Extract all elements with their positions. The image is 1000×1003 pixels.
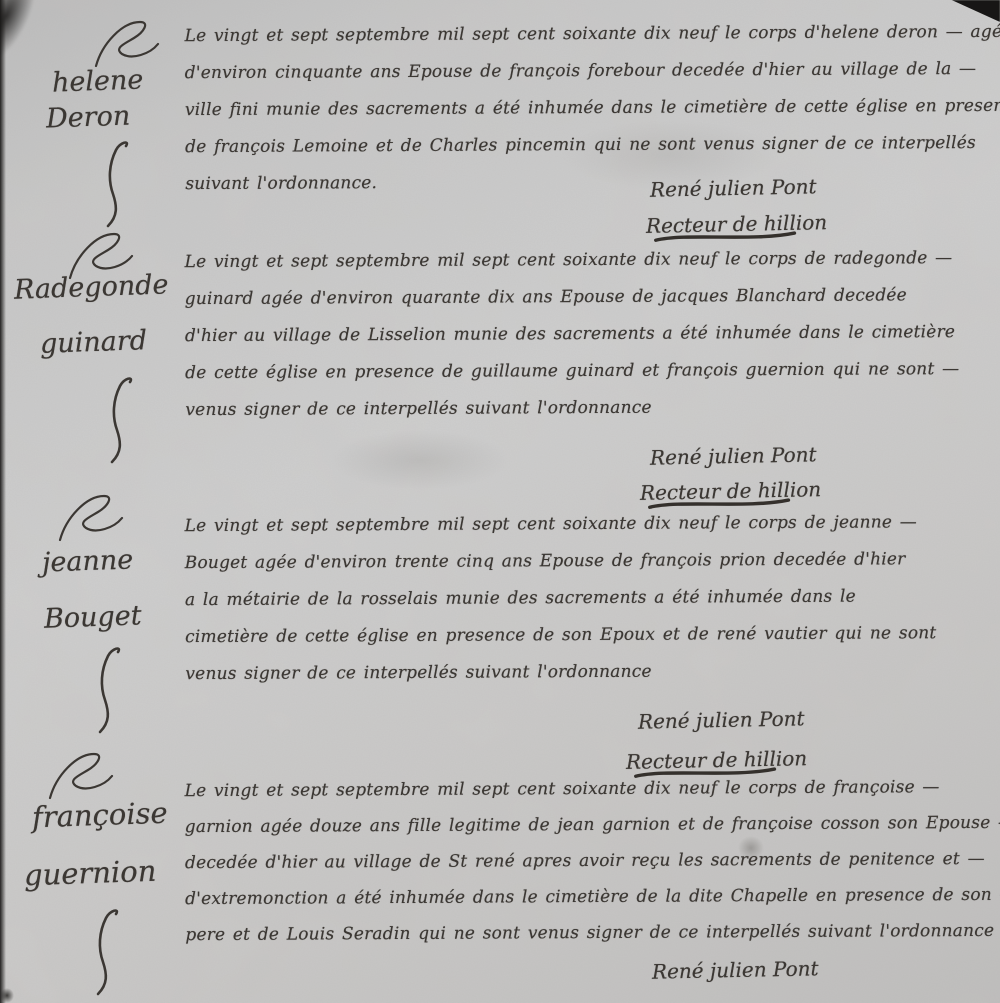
margin-name-first: helene xyxy=(51,64,143,98)
record-text: Le vingt et sept septembre mil sept cent… xyxy=(185,22,991,211)
signature-priest: René julien Pont xyxy=(650,174,817,201)
paraph-icon xyxy=(96,140,136,230)
text-line: d'extremonction a été inhumée dans le ci… xyxy=(185,885,990,925)
text-line: Le vingt et sept septembre mil sept cent… xyxy=(185,777,990,817)
margin-name-first: françoise xyxy=(31,796,168,835)
text-line: garnion agée douze ans fille legitime de… xyxy=(185,813,990,853)
binding-edge xyxy=(0,0,6,1003)
text-line: cimetière de cette église en presence de… xyxy=(185,623,990,664)
paraph-icon xyxy=(86,908,126,998)
signature-underline-icon xyxy=(652,229,798,244)
corner-shadow-bottom-left xyxy=(0,988,14,1003)
record-text: Le vingt et sept septembre mil sept cent… xyxy=(185,777,991,961)
corner-shadow-top-left xyxy=(0,0,48,71)
signature-title: Recteur de hillion xyxy=(646,210,828,238)
margin-name-last: guinard xyxy=(39,325,147,360)
signature-title: Recteur de hillion xyxy=(626,746,808,774)
signature-underline-icon xyxy=(646,496,792,511)
signature-priest: René julien Pont xyxy=(650,442,817,469)
text-line: guinard agée d'environ quarante dix ans … xyxy=(185,285,990,326)
margin-flourish-icon xyxy=(46,748,116,803)
text-line: Le vingt et sept septembre mil sept cent… xyxy=(185,22,990,63)
text-line: Le vingt et sept septembre mil sept cent… xyxy=(185,248,990,289)
paper-smudge xyxy=(330,430,510,490)
text-line: Bouget agée d'environ trente cinq ans Ep… xyxy=(185,549,990,590)
margin-name-last: Bouget xyxy=(43,600,142,634)
margin-name-first: Radegonde xyxy=(14,269,169,305)
signature-title: Recteur de hillion xyxy=(640,477,822,505)
manuscript-page: helene Deron Le vingt et sept septembre … xyxy=(0,0,1000,1003)
text-line: de cette église en presence de guillaume… xyxy=(185,359,990,400)
signature-priest: René julien Pont xyxy=(652,956,819,983)
margin-name-first: jeanne xyxy=(41,544,133,578)
text-line: Le vingt et sept septembre mil sept cent… xyxy=(185,512,990,553)
margin-flourish-icon xyxy=(92,16,162,71)
margin-name-last: guernion xyxy=(23,854,156,893)
margin-name-last: Deron xyxy=(45,101,130,135)
text-line: pere et de Louis Seradin qui ne sont ven… xyxy=(185,921,990,961)
corner-shadow-top-right xyxy=(938,0,1000,22)
text-line: venus signer de ce interpellés suivant l… xyxy=(185,660,990,701)
text-line: d'hier au village de Lisselion munie des… xyxy=(185,322,990,363)
record-text: Le vingt et sept septembre mil sept cent… xyxy=(185,512,991,701)
paraph-icon xyxy=(100,376,140,466)
text-line: a la métairie de la rosselais munie des … xyxy=(185,586,990,627)
text-line: d'environ cinquante ans Epouse de franço… xyxy=(185,59,990,100)
text-line: decedée d'hier au village de St rené apr… xyxy=(185,849,990,889)
paraph-icon xyxy=(88,646,128,736)
text-line: suivant l'ordonnance. xyxy=(185,170,990,211)
text-line: ville fini munie des sacrements a été in… xyxy=(185,96,990,137)
signature-priest: René julien Pont xyxy=(638,706,805,733)
margin-flourish-icon xyxy=(56,490,126,545)
record-text: Le vingt et sept septembre mil sept cent… xyxy=(185,248,991,437)
text-line: venus signer de ce interpellés suivant l… xyxy=(185,396,990,437)
text-line: de françois Lemoine et de Charles pincem… xyxy=(185,133,990,174)
